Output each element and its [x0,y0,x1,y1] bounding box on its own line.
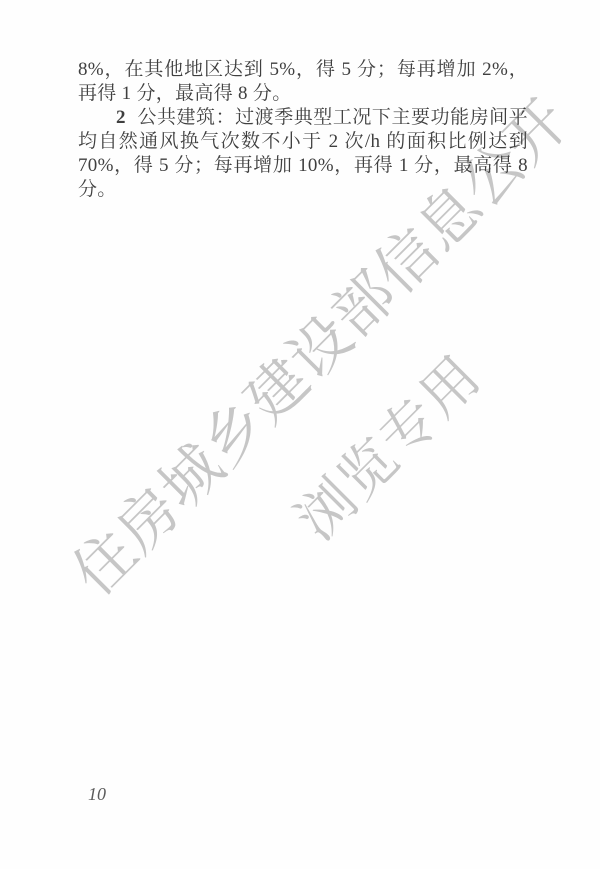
paragraph-clause-2: 2公共建筑：过渡季典型工况下主要功能房间平均自然通风换气次数不小于 2 次/h … [78,106,528,202]
paragraph-continuation: 8%，在其他地区达到 5%，得 5 分；每再增加 2%，再得 1 分，最高得 8… [78,58,528,106]
document-page: 住房城乡建设部信息公开 浏览专用 8%，在其他地区达到 5%，得 5 分；每再增… [0,0,600,869]
watermark-line-2: 浏览专用 [288,347,492,551]
page-body-text: 8%，在其他地区达到 5%，得 5 分；每再增加 2%，再得 1 分，最高得 8… [78,58,528,202]
clause-number: 2 [116,107,126,128]
clause-text: 公共建筑：过渡季典型工况下主要功能房间平均自然通风换气次数不小于 2 次/h 的… [78,107,528,200]
page-number: 10 [88,784,106,805]
